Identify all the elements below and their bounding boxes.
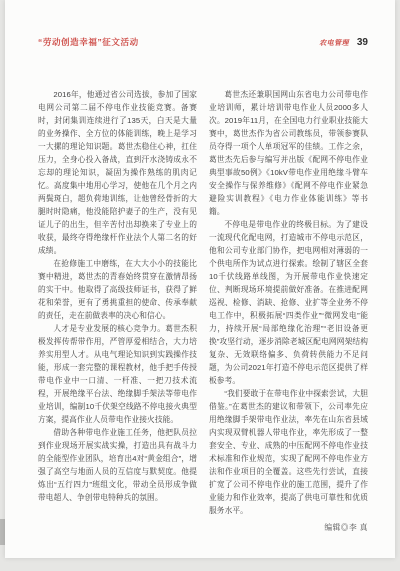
paragraph: 葛世杰还兼职国网山东省电力公司带电作业培训师，累计培训带电作业人员2000多人次… — [209, 88, 368, 218]
text-column-left: 2016年，他通过省公司选拔，参加了国家电网公司第二届不停电作业技能竞赛。备赛时… — [38, 88, 197, 534]
paragraph: 在抢修施工中磨练，在大大小小的技能比赛中精进，葛世杰的青春始终贯穿在激情昂扬的实… — [38, 257, 197, 322]
magazine-page: “劳动创造幸福”征文活动 农电管理 39 2016年，他通过省公司选拔，参加了国… — [5, 0, 395, 558]
page-header: “劳动创造幸福”征文活动 农电管理 39 — [38, 36, 368, 48]
article-body: 2016年，他通过省公司选拔，参加了国家电网公司第二届不停电作业技能竞赛。备赛时… — [38, 88, 368, 534]
paragraph: 借助各种带电作业施工任务，他把队员拉到作业现场开展实战实操，打造出具有战斗力的全… — [38, 426, 197, 504]
paragraph: 人才是专业发展的核心竞争力。葛世杰积极发挥传帮带作用，严管厚爱相结合，大力培养实… — [38, 322, 197, 426]
scan-canvas: “劳动创造幸福”征文活动 农电管理 39 2016年，他通过省公司选拔，参加了国… — [0, 0, 400, 571]
text-column-right: 葛世杰还兼职国网山东省电力公司带电作业培训师，累计培训带电作业人员2000多人次… — [209, 88, 368, 534]
column-title: “劳动创造幸福”征文活动 — [38, 36, 139, 48]
magazine-name: 农电管理 — [319, 38, 349, 48]
paragraph: “我们要敢于在带电作业中探索尝试，大胆借鉴。”在葛世杰的建议和带领下，公司率先应… — [209, 387, 368, 517]
paragraph: 2016年，他通过省公司选拔，参加了国家电网公司第二届不停电作业技能竞赛。备赛时… — [38, 88, 197, 257]
paragraph: 不停电是带电作业的终极目标。为了建设一流现代化配电网，打造城市不停电示范区，他和… — [209, 218, 368, 387]
editor-credit: 编辑◎李 真 — [209, 521, 368, 534]
page-number: 39 — [357, 37, 368, 48]
header-right: 农电管理 39 — [319, 37, 368, 48]
